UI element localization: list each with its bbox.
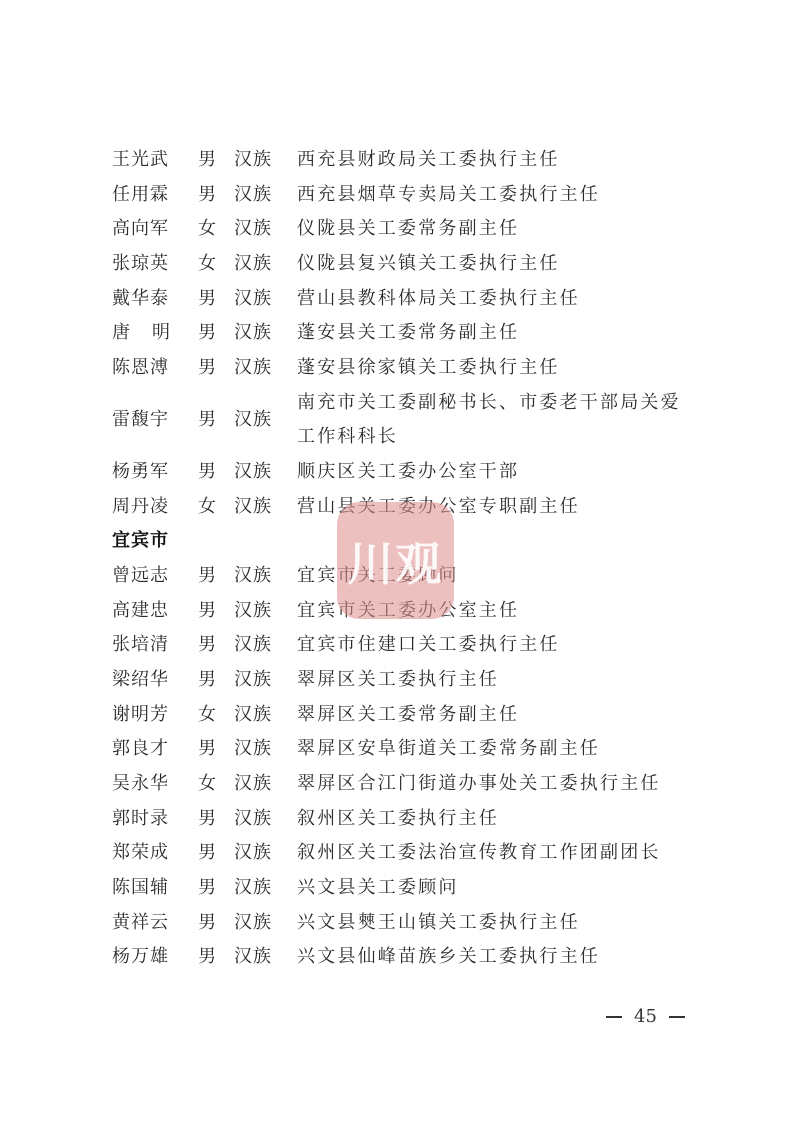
member-position: 兴文县仙峰苗族乡关工委执行主任 (297, 940, 600, 975)
list-item: 谢明芳 女 汉族 翠屏区关工委常务副主任 (112, 698, 712, 733)
list-item: 高向军 女 汉族 仪陇县关工委常务副主任 (112, 212, 712, 247)
list-item: 张培清 男 汉族 宜宾市住建口关工委执行主任 (112, 628, 712, 663)
member-name: 张培清 (112, 628, 198, 663)
member-gender: 男 (198, 351, 234, 386)
member-gender: 男 (198, 802, 234, 837)
member-name: 雷馥宇 (112, 403, 198, 438)
member-name: 张琼英 (112, 247, 198, 282)
list-item: 张琼英 女 汉族 仪陇县复兴镇关工委执行主任 (112, 247, 712, 282)
member-name: 高建忠 (112, 594, 198, 629)
member-gender: 男 (198, 628, 234, 663)
dash-decoration (606, 1016, 622, 1018)
member-ethnicity: 汉族 (234, 906, 297, 941)
member-gender: 男 (198, 836, 234, 871)
member-position: 叙州区关工委执行主任 (297, 802, 499, 837)
member-position: 营山县教科体局关工委执行主任 (297, 282, 580, 317)
member-ethnicity: 汉族 (234, 316, 297, 351)
member-name: 高向军 (112, 212, 198, 247)
list-item: 雷馥宇 男 汉族 南充市关工委副秘书长、市委老干部局关爱工作科科长 (112, 386, 712, 455)
page-number-value: 45 (634, 1006, 657, 1027)
member-position: 宜宾市关工委办公室主任 (297, 594, 519, 629)
member-name: 陈国辅 (112, 871, 198, 906)
member-position: 南充市关工委副秘书长、市委老干部局关爱工作科科长 (297, 386, 687, 455)
list-item: 郭良才 男 汉族 翠屏区安阜街道关工委常务副主任 (112, 732, 712, 767)
member-gender: 男 (198, 594, 234, 629)
list-item: 戴华泰 男 汉族 营山县教科体局关工委执行主任 (112, 282, 712, 317)
member-position: 兴文县僰王山镇关工委执行主任 (297, 906, 580, 941)
member-ethnicity: 汉族 (234, 247, 297, 282)
list-item: 杨万雄 男 汉族 兴文县仙峰苗族乡关工委执行主任 (112, 940, 712, 975)
member-gender: 男 (198, 178, 234, 213)
city-heading: 宜宾市 (112, 524, 712, 559)
list-item: 黄祥云 男 汉族 兴文县僰王山镇关工委执行主任 (112, 906, 712, 941)
member-name: 杨万雄 (112, 940, 198, 975)
member-name: 杨勇军 (112, 455, 198, 490)
member-gender: 男 (198, 732, 234, 767)
member-gender: 女 (198, 212, 234, 247)
page-number: 45 (606, 1006, 685, 1027)
member-ethnicity: 汉族 (234, 403, 297, 438)
member-name: 郭时录 (112, 802, 198, 837)
member-gender: 女 (198, 698, 234, 733)
list-item: 郑荣成 男 汉族 叙州区关工委法治宣传教育工作团副团长 (112, 836, 712, 871)
member-ethnicity: 汉族 (234, 178, 297, 213)
member-ethnicity: 汉族 (234, 836, 297, 871)
member-gender: 男 (198, 316, 234, 351)
member-ethnicity: 汉族 (234, 767, 297, 802)
list-item: 吴永华 女 汉族 翠屏区合江门街道办事处关工委执行主任 (112, 767, 712, 802)
member-position: 蓬安县徐家镇关工委执行主任 (297, 351, 560, 386)
member-ethnicity: 汉族 (234, 490, 297, 525)
member-name: 郑荣成 (112, 836, 198, 871)
dash-decoration (669, 1016, 685, 1018)
member-name: 陈恩溥 (112, 351, 198, 386)
member-gender: 男 (198, 403, 234, 438)
member-ethnicity: 汉族 (234, 559, 297, 594)
member-position: 顺庆区关工委办公室干部 (297, 455, 519, 490)
member-position: 仪陇县复兴镇关工委执行主任 (297, 247, 560, 282)
member-name: 黄祥云 (112, 906, 198, 941)
member-name: 任用霖 (112, 178, 198, 213)
member-position: 西充县财政局关工委执行主任 (297, 143, 560, 178)
member-position: 兴文县关工委顾问 (297, 871, 459, 906)
member-gender: 女 (198, 247, 234, 282)
member-gender: 男 (198, 871, 234, 906)
list-item: 杨勇军 男 汉族 顺庆区关工委办公室干部 (112, 455, 712, 490)
list-item: 梁绍华 男 汉族 翠屏区关工委执行主任 (112, 663, 712, 698)
list-item: 周丹凌 女 汉族 营山县关工委办公室专职副主任 (112, 490, 712, 525)
list-item: 陈恩溥 男 汉族 蓬安县徐家镇关工委执行主任 (112, 351, 712, 386)
member-gender: 女 (198, 767, 234, 802)
list-item: 唐 明 男 汉族 蓬安县关工委常务副主任 (112, 316, 712, 351)
member-ethnicity: 汉族 (234, 351, 297, 386)
member-position: 翠屏区关工委执行主任 (297, 663, 499, 698)
member-name-char: 唐 (112, 316, 130, 351)
member-gender: 男 (198, 906, 234, 941)
member-list: 王光武 男 汉族 西充县财政局关工委执行主任 任用霖 男 汉族 西充县烟草专卖局… (112, 143, 712, 975)
member-name: 谢明芳 (112, 698, 198, 733)
member-gender: 男 (198, 940, 234, 975)
member-name: 曾远志 (112, 559, 198, 594)
list-item: 陈国辅 男 汉族 兴文县关工委顾问 (112, 871, 712, 906)
member-position: 宜宾市住建口关工委执行主任 (297, 628, 560, 663)
member-name: 王光武 (112, 143, 198, 178)
member-position: 宜宾市关工委顾问 (297, 559, 459, 594)
member-gender: 男 (198, 559, 234, 594)
member-ethnicity: 汉族 (234, 802, 297, 837)
member-position: 蓬安县关工委常务副主任 (297, 316, 519, 351)
member-ethnicity: 汉族 (234, 594, 297, 629)
list-item: 曾远志 男 汉族 宜宾市关工委顾问 (112, 559, 712, 594)
member-gender: 女 (198, 490, 234, 525)
member-ethnicity: 汉族 (234, 212, 297, 247)
member-ethnicity: 汉族 (234, 698, 297, 733)
member-gender: 男 (198, 663, 234, 698)
member-name-char: 明 (152, 316, 170, 351)
member-ethnicity: 汉族 (234, 940, 297, 975)
member-gender: 男 (198, 455, 234, 490)
member-gender: 男 (198, 282, 234, 317)
member-ethnicity: 汉族 (234, 143, 297, 178)
member-ethnicity: 汉族 (234, 282, 297, 317)
member-name: 郭良才 (112, 732, 198, 767)
member-position: 叙州区关工委法治宣传教育工作团副团长 (297, 836, 661, 871)
member-position: 翠屏区关工委常务副主任 (297, 698, 519, 733)
list-item: 高建忠 男 汉族 宜宾市关工委办公室主任 (112, 594, 712, 629)
member-position: 翠屏区安阜街道关工委常务副主任 (297, 732, 600, 767)
document-page: 王光武 男 汉族 西充县财政局关工委执行主任 任用霖 男 汉族 西充县烟草专卖局… (0, 0, 793, 1122)
member-ethnicity: 汉族 (234, 628, 297, 663)
member-name: 戴华泰 (112, 282, 198, 317)
member-position: 仪陇县关工委常务副主任 (297, 212, 519, 247)
member-name: 梁绍华 (112, 663, 198, 698)
list-item: 任用霖 男 汉族 西充县烟草专卖局关工委执行主任 (112, 178, 712, 213)
member-position: 翠屏区合江门街道办事处关工委执行主任 (297, 767, 661, 802)
member-position: 营山县关工委办公室专职副主任 (297, 490, 580, 525)
member-name: 吴永华 (112, 767, 198, 802)
member-gender: 男 (198, 143, 234, 178)
list-item: 郭时录 男 汉族 叙州区关工委执行主任 (112, 802, 712, 837)
member-ethnicity: 汉族 (234, 732, 297, 767)
member-ethnicity: 汉族 (234, 663, 297, 698)
member-name: 周丹凌 (112, 490, 198, 525)
list-item: 王光武 男 汉族 西充县财政局关工委执行主任 (112, 143, 712, 178)
member-ethnicity: 汉族 (234, 871, 297, 906)
member-name: 唐 明 (112, 316, 170, 351)
member-ethnicity: 汉族 (234, 455, 297, 490)
member-position: 西充县烟草专卖局关工委执行主任 (297, 178, 600, 213)
